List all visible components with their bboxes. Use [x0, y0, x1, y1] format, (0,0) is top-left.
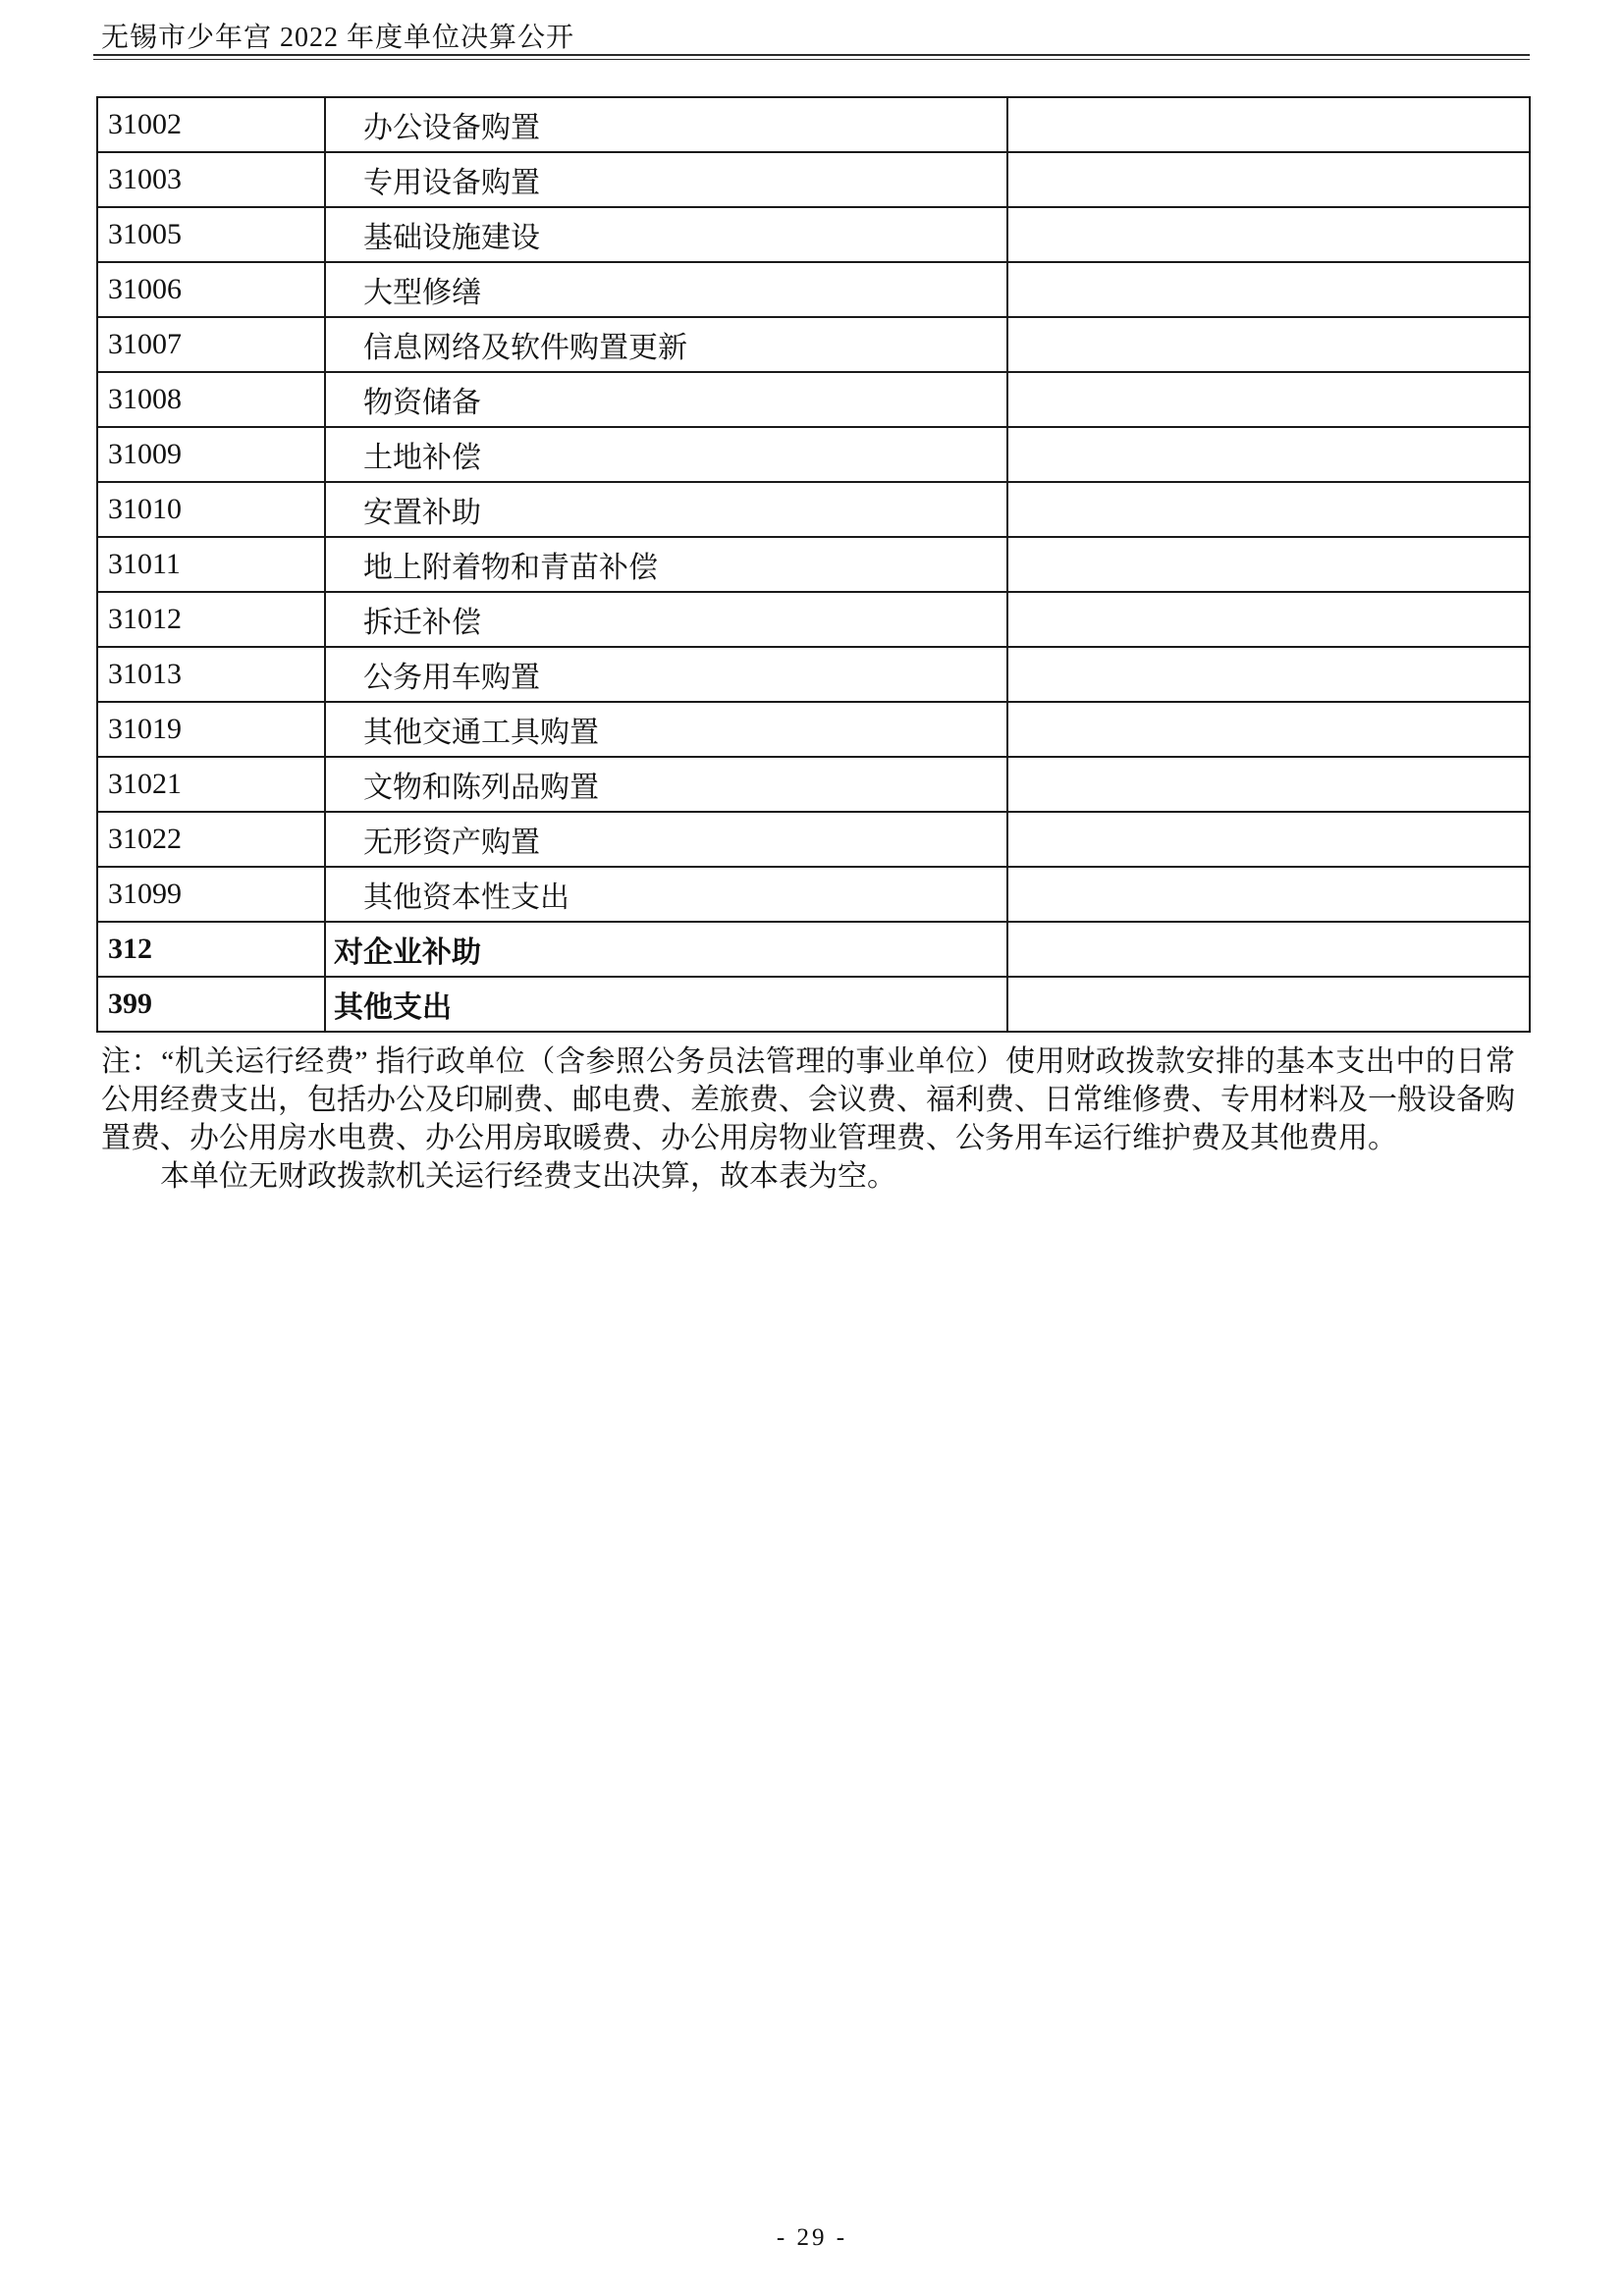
table-row: 31022无形资产购置 [97, 812, 1530, 867]
value-cell [1007, 922, 1530, 977]
table-row: 31011地上附着物和青苗补偿 [97, 537, 1530, 592]
label-cell: 土地补偿 [325, 427, 1007, 482]
code-cell: 399 [97, 977, 325, 1032]
code-cell: 31009 [97, 427, 325, 482]
footnote-paragraph-1: 注：“机关运行经费” 指行政单位（含参照公务员法管理的事业单位）使用财政拨款安排… [101, 1042, 1515, 1157]
code-cell: 31007 [97, 317, 325, 372]
label-cell: 专用设备购置 [325, 152, 1007, 207]
value-cell [1007, 647, 1530, 702]
code-cell: 31003 [97, 152, 325, 207]
value-cell [1007, 977, 1530, 1032]
value-cell [1007, 207, 1530, 262]
label-cell: 安置补助 [325, 482, 1007, 537]
table-row: 31003专用设备购置 [97, 152, 1530, 207]
label-cell: 大型修缮 [325, 262, 1007, 317]
label-cell: 拆迁补偿 [325, 592, 1007, 647]
label-cell: 地上附着物和青苗补偿 [325, 537, 1007, 592]
value-cell [1007, 867, 1530, 922]
table-row: 31013公务用车购置 [97, 647, 1530, 702]
label-cell: 基础设施建设 [325, 207, 1007, 262]
footnote: 注：“机关运行经费” 指行政单位（含参照公务员法管理的事业单位）使用财政拨款安排… [101, 1042, 1515, 1196]
code-cell: 31099 [97, 867, 325, 922]
table-row: 31005基础设施建设 [97, 207, 1530, 262]
label-cell: 文物和陈列品购置 [325, 757, 1007, 812]
table-row: 31012拆迁补偿 [97, 592, 1530, 647]
header-divider [93, 54, 1530, 60]
code-cell: 31019 [97, 702, 325, 757]
label-cell: 物资储备 [325, 372, 1007, 427]
code-cell: 31012 [97, 592, 325, 647]
label-cell: 信息网络及软件购置更新 [325, 317, 1007, 372]
budget-table: 31002办公设备购置31003专用设备购置31005基础设施建设31006大型… [96, 96, 1531, 1033]
table-row: 31002办公设备购置 [97, 97, 1530, 152]
code-cell: 31021 [97, 757, 325, 812]
footnote-paragraph-2: 本单位无财政拨款机关运行经费支出决算，故本表为空。 [101, 1157, 1515, 1196]
code-cell: 312 [97, 922, 325, 977]
code-cell: 31013 [97, 647, 325, 702]
value-cell [1007, 702, 1530, 757]
value-cell [1007, 372, 1530, 427]
table-row: 31007信息网络及软件购置更新 [97, 317, 1530, 372]
page-title: 无锡市少年宫 2022 年度单位决算公开 [101, 16, 574, 55]
table-row: 312对企业补助 [97, 922, 1530, 977]
code-cell: 31010 [97, 482, 325, 537]
table-row: 399其他支出 [97, 977, 1530, 1032]
value-cell [1007, 537, 1530, 592]
value-cell [1007, 427, 1530, 482]
value-cell [1007, 482, 1530, 537]
value-cell [1007, 812, 1530, 867]
code-cell: 31008 [97, 372, 325, 427]
value-cell [1007, 592, 1530, 647]
label-cell: 办公设备购置 [325, 97, 1007, 152]
value-cell [1007, 97, 1530, 152]
code-cell: 31005 [97, 207, 325, 262]
page-number: - 29 - [0, 2224, 1624, 2252]
label-cell: 其他支出 [325, 977, 1007, 1032]
code-cell: 31011 [97, 537, 325, 592]
table-row: 31008物资储备 [97, 372, 1530, 427]
label-cell: 其他资本性支出 [325, 867, 1007, 922]
table-row: 31006大型修缮 [97, 262, 1530, 317]
table-row: 31009土地补偿 [97, 427, 1530, 482]
value-cell [1007, 317, 1530, 372]
code-cell: 31002 [97, 97, 325, 152]
code-cell: 31006 [97, 262, 325, 317]
table-row: 31099其他资本性支出 [97, 867, 1530, 922]
label-cell: 无形资产购置 [325, 812, 1007, 867]
table-row: 31019其他交通工具购置 [97, 702, 1530, 757]
value-cell [1007, 262, 1530, 317]
table-row: 31010安置补助 [97, 482, 1530, 537]
label-cell: 对企业补助 [325, 922, 1007, 977]
table-row: 31021文物和陈列品购置 [97, 757, 1530, 812]
label-cell: 公务用车购置 [325, 647, 1007, 702]
value-cell [1007, 152, 1530, 207]
label-cell: 其他交通工具购置 [325, 702, 1007, 757]
code-cell: 31022 [97, 812, 325, 867]
value-cell [1007, 757, 1530, 812]
budget-table-body: 31002办公设备购置31003专用设备购置31005基础设施建设31006大型… [97, 97, 1530, 1032]
